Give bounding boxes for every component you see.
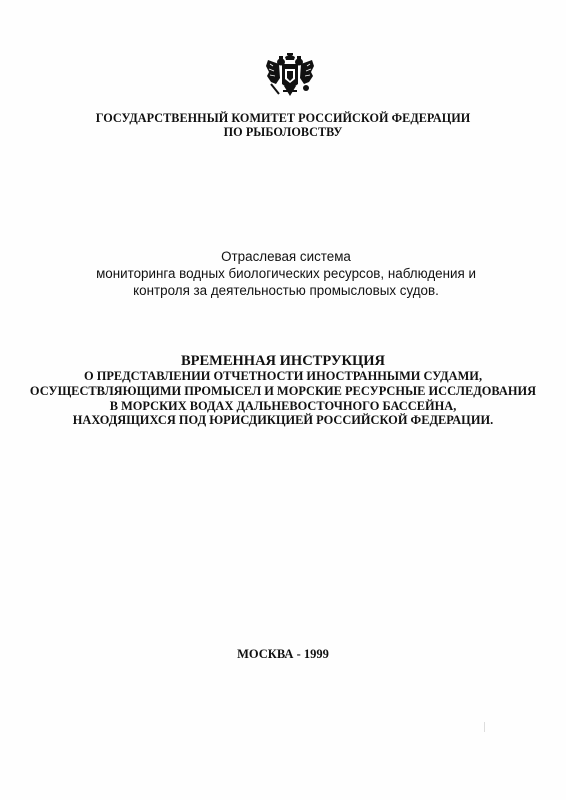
instruction-line: В МОРСКИХ ВОДАХ ДАЛЬНЕВОСТОЧНОГО БАССЕЙН… (0, 399, 566, 414)
instruction-subtitle: О ПРЕДСТАВЛЕНИИ ОТЧЕТНОСТИ ИНОСТРАННЫМИ … (0, 369, 566, 428)
system-line: мониторинга водных биологических ресурсо… (3, 265, 566, 282)
agency-name: ГОСУДАРСТВЕННЫЙ КОМИТЕТ РОССИЙСКОЙ ФЕДЕР… (0, 111, 566, 139)
agency-line: ПО РЫБОЛОВСТВУ (0, 125, 566, 139)
document-page: ГОСУДАРСТВЕННЫЙ КОМИТЕТ РОССИЙСКОЙ ФЕДЕР… (0, 0, 566, 800)
russian-coat-of-arms-icon (265, 52, 315, 100)
instruction-title: ВРЕМЕННАЯ ИНСТРУКЦИЯ (0, 354, 566, 369)
place-year-text: МОСКВА - 1999 (0, 647, 566, 661)
scan-artifact (484, 722, 485, 732)
instruction-line: О ПРЕДСТАВЛЕНИИ ОТЧЕТНОСТИ ИНОСТРАННЫМИ … (0, 369, 566, 384)
system-title: Отраслевая система мониторинга водных би… (3, 248, 566, 299)
place-and-year: МОСКВА - 1999 (0, 647, 566, 661)
system-line: контроля за деятельностью промысловых су… (3, 282, 566, 299)
instruction-line: ОСУЩЕСТВЛЯЮЩИМИ ПРОМЫСЕЛ И МОРСКИЕ РЕСУР… (0, 384, 566, 399)
instruction-line: НАХОДЯЩИХСЯ ПОД ЮРИСДИКЦИЕЙ РОССИЙСКОЙ Ф… (0, 413, 566, 428)
instruction-title-text: ВРЕМЕННАЯ ИНСТРУКЦИЯ (0, 354, 566, 369)
system-line: Отраслевая система (3, 248, 566, 265)
agency-line: ГОСУДАРСТВЕННЫЙ КОМИТЕТ РОССИЙСКОЙ ФЕДЕР… (0, 111, 566, 125)
